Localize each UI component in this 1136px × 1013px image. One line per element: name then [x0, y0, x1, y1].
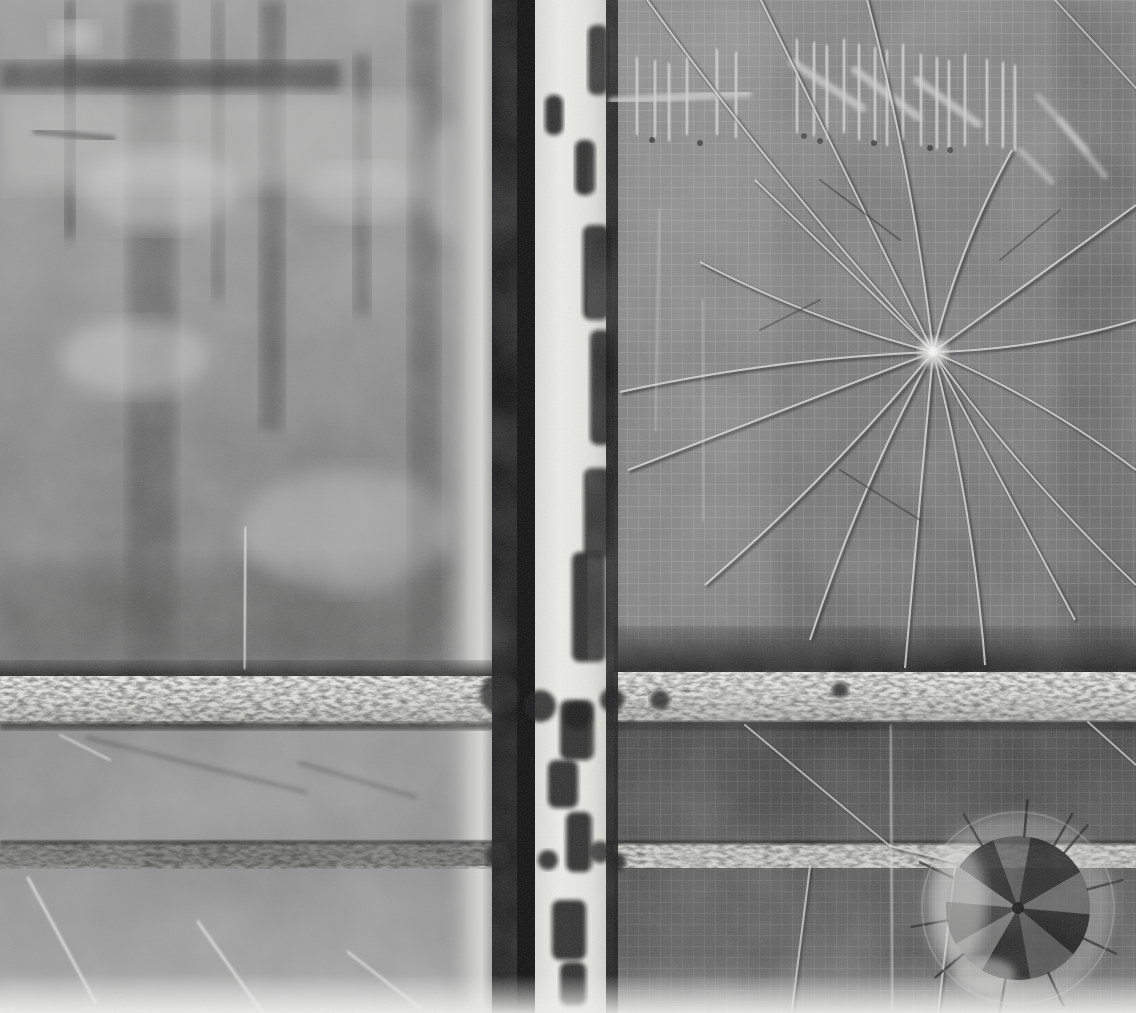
window-photograph [0, 0, 1136, 1013]
window-photo-canvas [0, 0, 1136, 1013]
film-grain-overlay [0, 0, 1136, 1013]
